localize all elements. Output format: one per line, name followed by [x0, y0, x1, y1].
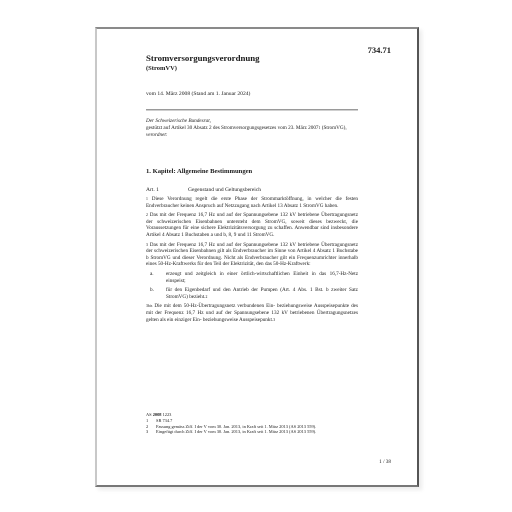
preamble-authority: Der Schweizerische Bundesrat,	[146, 118, 358, 125]
article-heading: Art. 1Gegenstand und Geltungsbereich	[146, 187, 358, 193]
preamble: Der Schweizerische Bundesrat, gestützt a…	[146, 118, 358, 139]
paragraph-1: 1 Diese Verordnung regelt die erste Phas…	[146, 196, 358, 209]
list-item-b: b.für den Eigenbedarf und den Antrieb de…	[146, 287, 358, 300]
footnote-ref[interactable]: 3	[273, 318, 275, 322]
paragraph-2: 2 Das mit der Frequenz 16,7 Hz und auf d…	[146, 212, 358, 238]
sr-number: 734.71	[368, 45, 391, 55]
preamble-basis: gestützt auf Artikel 30 Absatz 2 des Str…	[146, 125, 358, 132]
official-compilation-ref: AS 2008 1223	[146, 412, 358, 417]
list-item-a: a.erzeugt und zeitgleich in einer örtlic…	[146, 271, 358, 284]
chapter-heading: 1. Kapitel: Allgemeine Bestimmungen	[146, 168, 252, 175]
paragraph-3: 3 Das mit der Frequenz 16,7 Hz und auf d…	[146, 242, 358, 268]
paragraph-3bis: 3bis Die mit dem 50-Hz-Übertragungsnetz …	[146, 303, 358, 323]
document-abbreviation: (StromVV)	[146, 65, 177, 72]
preamble-verb: verordnet:	[146, 132, 358, 139]
document-page: 734.71 Stromversorgungsverordnung (Strom…	[95, 27, 419, 487]
article-number: Art. 1	[146, 187, 188, 193]
document-title: Stromversorgungsverordnung	[146, 53, 260, 63]
footnote-ref[interactable]: 2	[205, 295, 207, 299]
separator-rule	[146, 109, 358, 111]
footnotes: AS 2008 1223 1SR 734.7 2Fassung gemäss Z…	[146, 412, 358, 434]
date-line: vom 14. März 2008 (Stand am 1. Januar 20…	[146, 91, 250, 97]
footnote-ref[interactable]: 1	[319, 126, 321, 130]
footnote-3: 3Eingefügt durch Ziff. I der V vom 30. J…	[146, 429, 358, 434]
article-title: Gegenstand und Geltungsbereich	[188, 187, 261, 193]
article-body: 1 Diese Verordnung regelt die erste Phas…	[146, 196, 358, 326]
page-number: 1 / 38	[379, 459, 391, 465]
